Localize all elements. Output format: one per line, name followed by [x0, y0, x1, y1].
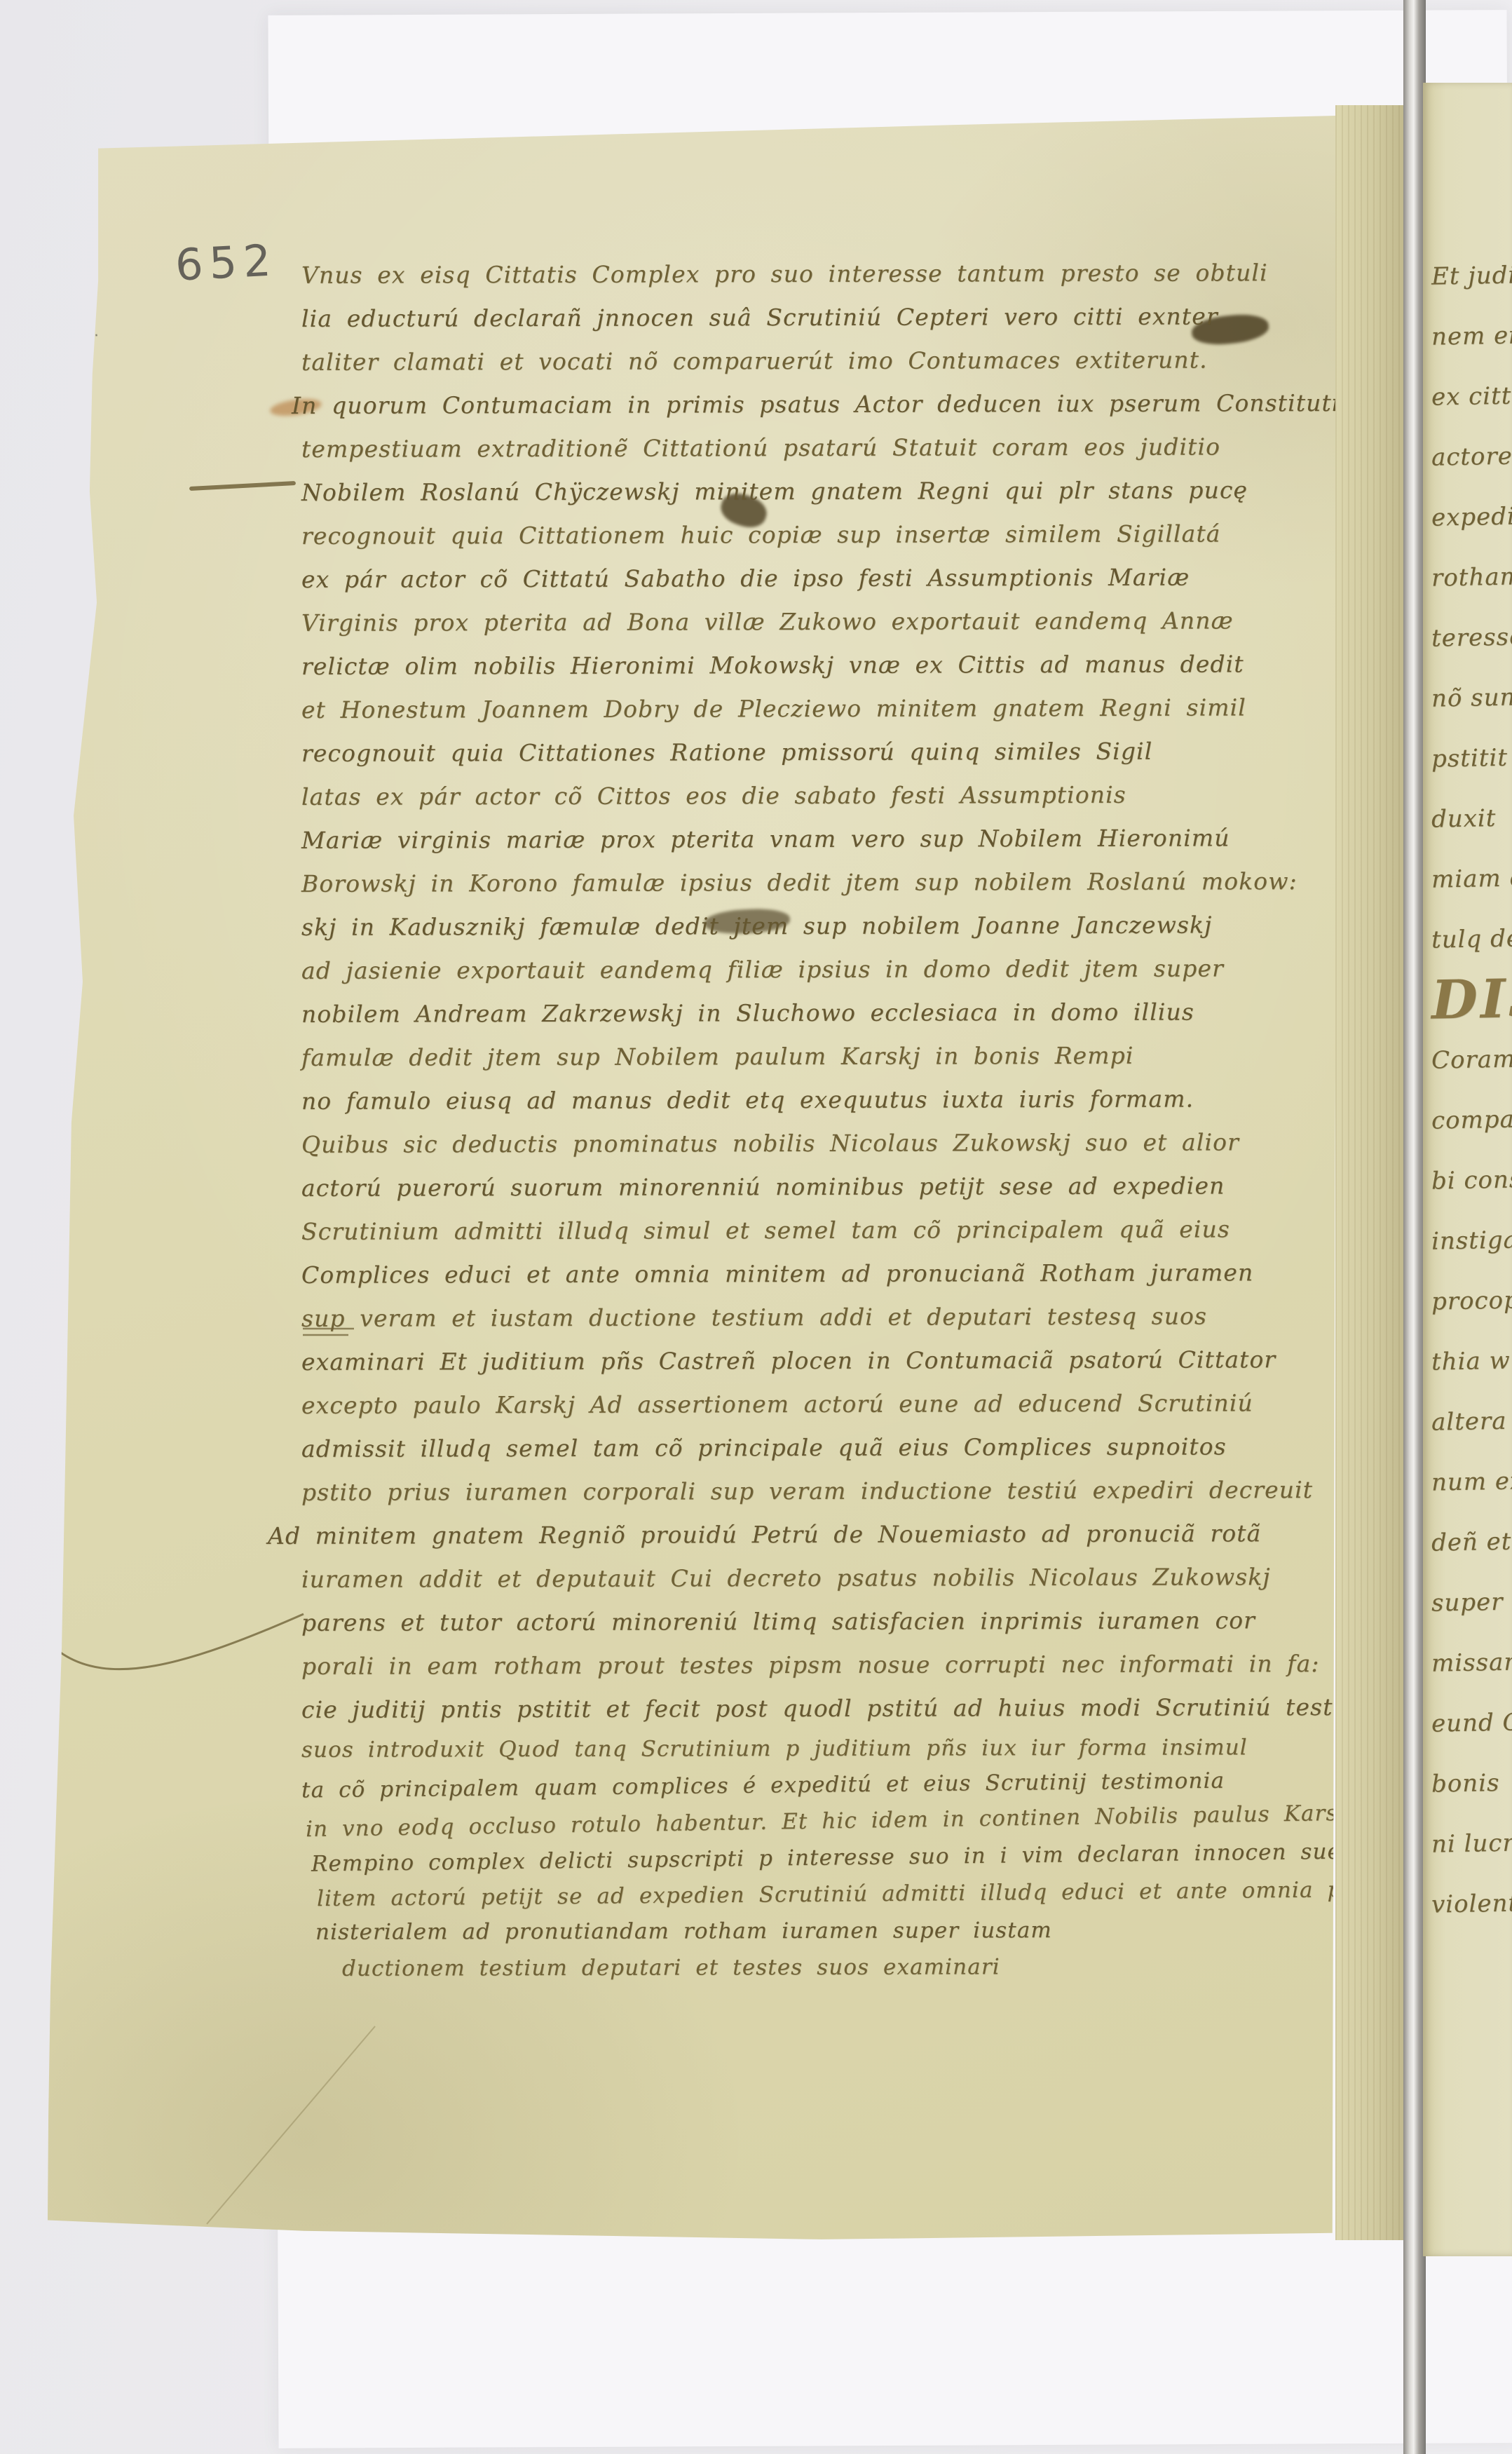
manuscript-line: litem actorú petijt se ad expedien Scrut…	[317, 1872, 1297, 1917]
manuscript-line: Borowskj in Korono famulæ ipsius dedit j…	[301, 860, 1297, 906]
manuscript-line: admissit illudq semel tam cõ principale …	[301, 1425, 1297, 1471]
manuscript-line: Virginis prox pterita ad Bona villæ Zuko…	[301, 599, 1297, 645]
adjacent-page-line: compare	[1431, 1088, 1512, 1151]
adjacent-page-line: instigato	[1431, 1209, 1512, 1271]
folio-number: 652	[174, 234, 278, 291]
manuscript-page: 652 m. Vnus ex eisq Cittatis Complex pro…	[46, 112, 1339, 2244]
adjacent-page-line: missam	[1431, 1631, 1512, 1693]
adjacent-page-line: teresse su	[1431, 606, 1512, 668]
manuscript-line: Nobilem Roslanú Chÿczewskj minitem gnate…	[301, 468, 1297, 515]
manuscript-line: recognouit quia Cittationes Ratione pmis…	[301, 729, 1297, 775]
manuscript-line: skj in Kadusznikj fæmulæ dedit jtem sup …	[301, 903, 1297, 949]
adjacent-page-line: Et judi	[1431, 244, 1512, 306]
manuscript-text: Vnus ex eisq Cittatis Complex pro suo in…	[301, 252, 1297, 1986]
adjacent-page-line: thia wr	[1431, 1329, 1512, 1392]
manuscript-line: Mariæ virginis mariæ prox pterita vnam v…	[301, 816, 1297, 862]
manuscript-line: porali in eam rotham prout testes pipsm …	[301, 1642, 1297, 1688]
manuscript-line: actorú puerorú suorum minorenniú nominib…	[301, 1164, 1297, 1210]
adjacent-page-line: num ex	[1431, 1450, 1512, 1512]
adjacent-page-line: procopiu	[1431, 1269, 1512, 1331]
adjacent-page-line: pstitit et	[1431, 726, 1512, 789]
adjacent-page-line: bonis	[1431, 1751, 1512, 1814]
adjacent-page-line: duxit	[1431, 787, 1512, 849]
adjacent-page-line: altera	[1431, 1390, 1512, 1452]
adjacent-page: Et judinem eiusex cittisactoremexpedirir…	[1423, 83, 1512, 2256]
manuscript-line: taliter clamati et vocati nõ comparuerút…	[301, 338, 1297, 384]
manuscript-line: ad jasienie exportauit eandemq filiæ ips…	[301, 947, 1297, 993]
adjacent-page-line: actorem	[1431, 425, 1512, 487]
manuscript-line: latas ex pár actor cõ Cittos eos die sab…	[301, 773, 1297, 819]
manuscript-line: relictæ olim nobilis Hieronimi Mokowskj …	[301, 642, 1297, 689]
manuscript-line: iuramen addit et deputauit Cui decreto p…	[301, 1555, 1297, 1601]
adjacent-page-line: tulq de	[1431, 907, 1512, 970]
manuscript-line: famulæ dedit jtem sup Nobilem paulum Kar…	[301, 1033, 1297, 1080]
manuscript-line: excepto paulo Karskj Ad assertionem acto…	[301, 1381, 1297, 1428]
manuscript-line: lia educturú declarañ jnnocen suâ Scruti…	[301, 294, 1297, 341]
margin-dash-stroke	[189, 481, 296, 491]
manuscript-line: Scrutinium admitti illudq simul et semel…	[301, 1207, 1297, 1254]
adjacent-page-line: miam est	[1431, 847, 1512, 909]
book-fore-edge	[1335, 105, 1407, 2240]
manuscript-line: cie juditij pntis pstitit et fecit post …	[301, 1686, 1297, 1732]
adjacent-page-line: expediri	[1431, 485, 1512, 548]
manuscript-line: Ad minitem gnatem Regniõ prouidú Petrú d…	[268, 1512, 1297, 1558]
adjacent-page-line: deñ et	[1431, 1510, 1512, 1573]
pencil-margin-mark: m.	[77, 323, 100, 343]
manuscript-line: et Honestum Joannem Dobry de Plecziewo m…	[301, 686, 1297, 732]
adjacent-page-line: ex cittis	[1431, 365, 1512, 427]
adjacent-page-line: rotham d	[1431, 545, 1512, 608]
manuscript-line: pstito prius iuramen corporali sup veram…	[301, 1468, 1297, 1514]
manuscript-line: suos introduxit Quod tanq Scrutinium p j…	[301, 1729, 1297, 1768]
adjacent-page-line: DIS	[1431, 968, 1512, 1030]
manuscript-line: sup veram et iustam ductione testium add…	[301, 1294, 1297, 1341]
adjacent-page-text: Et judinem eiusex cittisactoremexpedirir…	[1431, 245, 1512, 1934]
manuscript-line: tempestiuam extraditionẽ Cittationú psat…	[301, 425, 1297, 471]
manuscript-line: Complices educi et ante omnia minitem ad…	[301, 1251, 1297, 1297]
adjacent-page-line: ni lucr	[1431, 1812, 1512, 1874]
manuscript-line: ductionem testium deputari et testes suo…	[342, 1948, 1297, 1987]
adjacent-page-line: eund C	[1431, 1691, 1512, 1754]
manuscript-line: nobilem Andream Zakrzewskj in Sluchowo e…	[301, 990, 1297, 1036]
manuscript-line: no famulo eiusq ad manus dedit etq exequ…	[301, 1077, 1297, 1123]
adjacent-page-line: violente	[1431, 1872, 1512, 1934]
manuscript-line: Vnus ex eisq Cittatis Complex pro suo in…	[301, 251, 1297, 297]
manuscript-line: parens et tutor actorú minoreniú ltimq s…	[301, 1599, 1297, 1645]
adjacent-page-line: nem eius	[1431, 304, 1512, 367]
manuscript-line: nisterialem ad pronutiandam rotham iuram…	[315, 1911, 1297, 1951]
adjacent-page-line: Coram	[1431, 1028, 1512, 1090]
manuscript-line: In quorum Contumaciam in primis psatus A…	[292, 381, 1297, 428]
manuscript-line: Quibus sic deductis pnominatus nobilis N…	[301, 1120, 1297, 1167]
manuscript-line: recognouit quia Cittationem huic copiæ s…	[301, 512, 1297, 558]
manuscript-line: ex pár actor cõ Cittatú Sabatho die ipso…	[301, 555, 1297, 602]
adjacent-page-line: bi consu	[1431, 1148, 1512, 1211]
manuscript-line: examinari Et juditium pñs Castreñ plocen…	[301, 1338, 1297, 1384]
adjacent-page-line: nõ sun	[1431, 666, 1512, 728]
adjacent-page-line: super ip	[1431, 1571, 1512, 1633]
